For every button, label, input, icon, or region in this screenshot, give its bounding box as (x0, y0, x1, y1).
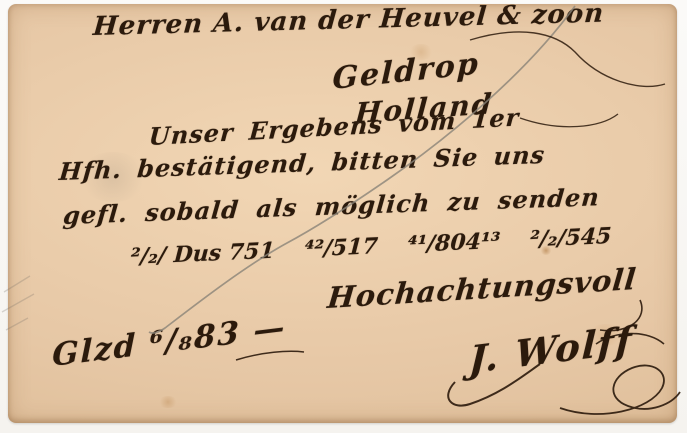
paper-stain (158, 396, 178, 408)
postcard-photo: Herren A. van der Heuvel & zoon Geldrop … (0, 0, 687, 433)
order-number: ⁴¹/804¹³ (407, 228, 501, 258)
order-number: ⁴²/517 (304, 233, 379, 262)
order-number: ²/₂/545 (529, 223, 612, 253)
